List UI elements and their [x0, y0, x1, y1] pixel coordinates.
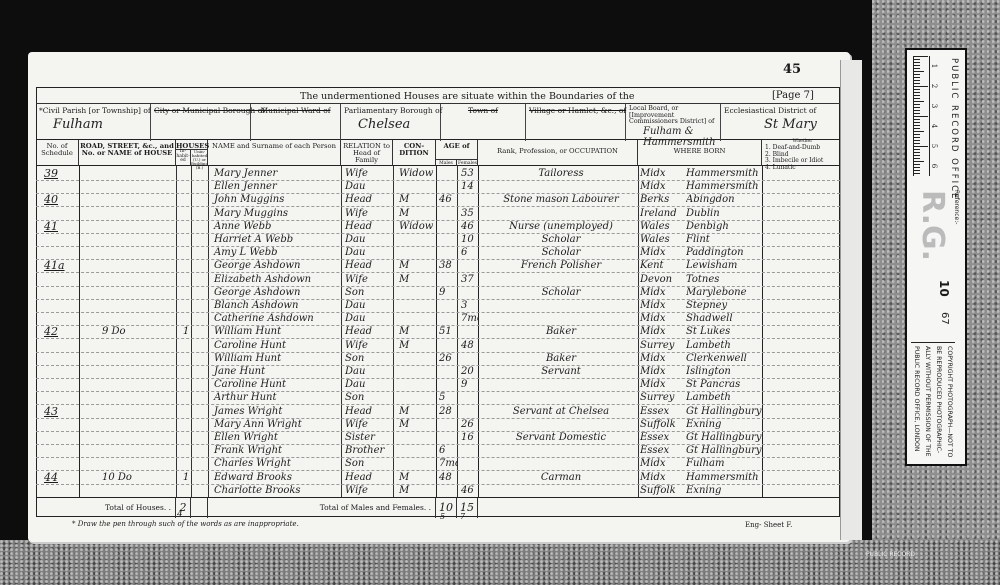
boundary-label: Village or Hamlet, &c., of	[529, 106, 622, 115]
ruler-tick	[914, 77, 920, 78]
birth-county: Suffolk	[636, 483, 686, 498]
header-age-text: AGE of	[443, 142, 469, 150]
ruler-tick	[914, 140, 920, 141]
boundary-label: Parliamentary Borough of	[344, 106, 437, 115]
ruler-tick	[914, 65, 920, 66]
folio-number: 45	[783, 62, 801, 77]
ruler-tick	[914, 164, 920, 165]
inhabited-count	[176, 483, 196, 498]
header-females: Females	[457, 159, 478, 166]
ruler-tick	[914, 98, 920, 99]
ruler-tick	[914, 56, 928, 57]
ruler-tick	[914, 83, 920, 84]
scale-number: 3	[930, 104, 938, 108]
ruler-tick	[914, 158, 920, 159]
header-occupation: Rank, Profession, or OCCUPATION	[478, 140, 638, 166]
page-edge	[840, 60, 862, 540]
copyright-line: BE REPRODUCED PHOTOGRAPHIC-	[933, 346, 944, 462]
scale-number: 5	[930, 144, 938, 148]
ruler-tick	[914, 161, 924, 162]
ruler-tick	[914, 107, 920, 108]
reference-slip: 1 2 3 4 5 6 PUBLIC RECORD OFFICE Referen…	[905, 48, 967, 466]
ruler-tick	[914, 68, 920, 69]
ruler-tick	[914, 95, 920, 96]
ruler-tick	[914, 74, 920, 75]
ruler-tick	[914, 122, 920, 123]
header-where-born: WHERE BORN	[638, 140, 762, 166]
boundaries-title: The undermentioned Houses are situate wi…	[300, 91, 635, 102]
ruler-tick	[914, 128, 920, 129]
reference-piece: 10	[937, 280, 951, 297]
female-age: 46	[458, 483, 478, 498]
table-row: Charlotte BrooksWifeM46SuffolkExning	[36, 483, 840, 498]
person-name: Charlotte Brooks	[208, 483, 338, 498]
ruler-tick	[914, 134, 920, 135]
boundary-ecclesiastical: Ecclesiastical District of St Mary	[721, 104, 840, 141]
ruler-tick	[914, 59, 920, 60]
total-houses-subnote: 4	[177, 510, 183, 520]
page-label-text: Page 7	[776, 90, 810, 101]
ruler-tick	[914, 152, 920, 153]
ruler-tick	[914, 86, 928, 87]
boundary-town: Town of	[441, 104, 526, 141]
boundary-label: Ecclesiastical District of	[724, 106, 837, 115]
boundary-municipal-ward: Municipal Ward of	[251, 104, 341, 141]
relation-to-head: Wife	[341, 483, 393, 498]
ruler-tick	[914, 104, 920, 105]
total-males-subnote: 5	[440, 512, 445, 521]
ruler-tick	[914, 80, 920, 81]
header-age: AGE of Males Females	[436, 140, 478, 166]
header-uninhabited: Unin-habited (U.) or Building (B.)	[191, 149, 208, 166]
ruler-tick	[914, 125, 920, 126]
scale-number: 2	[930, 84, 938, 88]
marital-condition: M	[391, 483, 436, 498]
reference-folio: 67	[939, 312, 950, 325]
footnote: * Draw the pen through such of the words…	[72, 520, 299, 528]
occupation	[481, 483, 641, 498]
copyright-line: ALLY WITHOUT PERMISSION OF THE	[922, 346, 933, 462]
scale-number: 6	[930, 164, 938, 168]
header-road-text: ROAD, STREET, &c., and No. or NAME of HO…	[80, 142, 174, 157]
fabric-background-bottom	[0, 540, 1000, 585]
copyright-notice: COPYRIGHT PHOTOGRAPH—NOT TO BE REPRODUCE…	[911, 342, 955, 462]
birth-place: Exning	[686, 483, 766, 498]
boundary-civil-parish: *Civil Parish [or Township] of Fulham	[36, 104, 151, 141]
ruler-tick	[914, 71, 924, 72]
header-inhabited: In-habit-ed	[176, 149, 191, 166]
boundary-parliamentary-borough: Parliamentary Borough of Chelsea	[341, 104, 441, 141]
total-houses-label: Total of Houses. .	[36, 498, 176, 518]
ruler-tick	[914, 149, 920, 150]
ruler-tick	[914, 170, 920, 171]
boundary-label: Local Board, or [Improvement Commissione…	[629, 106, 717, 126]
ruler-tick	[914, 113, 920, 114]
reference-class: R.G.	[915, 190, 950, 261]
scale-number: 4	[930, 124, 938, 128]
ruler-tick	[914, 92, 920, 93]
boundary-label: City or Municipal Borough of	[154, 106, 247, 115]
boundary-village: Village or Hamlet, &c., of	[526, 104, 626, 141]
boundary-municipal-borough: City or Municipal Borough of	[151, 104, 251, 141]
bottom-stamp: PUBLIC RECORD	[866, 551, 915, 558]
boundary-label: Municipal Ward of	[254, 106, 337, 115]
header-name: NAME and Surname of each Person	[208, 140, 341, 166]
boundary-local-board: Local Board, or [Improvement Commissione…	[626, 104, 721, 141]
header-infirmity: Whether 1. Deaf-and-Dumb 2. Blind 3. Imb…	[762, 140, 840, 166]
copyright-line: COPYRIGHT PHOTOGRAPH—NOT TO	[944, 346, 955, 462]
male-age	[436, 483, 458, 498]
ruler-tick	[914, 116, 928, 117]
page-label: [Page 7]	[772, 90, 814, 101]
ruler-tick	[914, 119, 920, 120]
header-houses: HOUSES In-habit-ed Unin-habited (U.) or …	[176, 140, 208, 166]
scale-number: 1	[930, 64, 938, 68]
ruler-tick	[914, 89, 920, 90]
column-headers: No. of Schedule ROAD, STREET, &c., and N…	[36, 140, 840, 166]
ruler-tick	[914, 155, 920, 156]
scale-numbers: 1 2 3 4 5 6	[929, 56, 943, 176]
ruler-tick	[914, 131, 924, 132]
boundary-label: *Civil Parish [or Township] of	[39, 106, 147, 115]
header-schedule: No. of Schedule	[36, 140, 79, 166]
header-condition-text: CON-DITION	[399, 142, 428, 157]
header-condition: CON-DITION	[393, 140, 436, 166]
ruler-tick	[914, 101, 924, 102]
copyright-line: PUBLIC RECORD OFFICE, LONDON	[911, 346, 922, 462]
boundary-label: Town of	[444, 106, 522, 115]
schedule-number	[44, 483, 82, 498]
census-entries: 39Mary JennerWifeWidow53TailoressMidxHam…	[36, 166, 840, 497]
office-name: PUBLIC RECORD OFFICE	[949, 58, 959, 200]
ruler-tick	[914, 146, 928, 147]
header-relation: RELATION to Head of Family	[341, 140, 393, 166]
sheet-reference: Eng- Sheet F.	[745, 521, 792, 529]
total-uninhabited	[191, 498, 208, 518]
ruler-tick	[914, 143, 920, 144]
total-females-subnote: 7	[460, 512, 465, 521]
boundary-value: Chelsea	[344, 117, 437, 132]
header-males: Males	[436, 159, 457, 166]
header-road: ROAD, STREET, &c., and No. or NAME of HO…	[79, 140, 176, 166]
ruler-tick	[914, 173, 920, 174]
ruler-tick	[914, 62, 920, 63]
ruler-tick	[914, 110, 920, 111]
boundaries-row: *Civil Parish [or Township] of Fulham Ci…	[36, 103, 840, 140]
ruler-tick	[914, 167, 920, 168]
ruler-tick	[914, 137, 920, 138]
totals-row: Total of Houses. . 2 Total of Males and …	[36, 497, 840, 517]
boundary-value: Fulham	[39, 117, 147, 132]
reference-label: Reference:-	[953, 190, 960, 224]
total-persons-label: Total of Males and Females. .	[208, 498, 436, 518]
boundary-value: St Mary	[724, 117, 837, 132]
